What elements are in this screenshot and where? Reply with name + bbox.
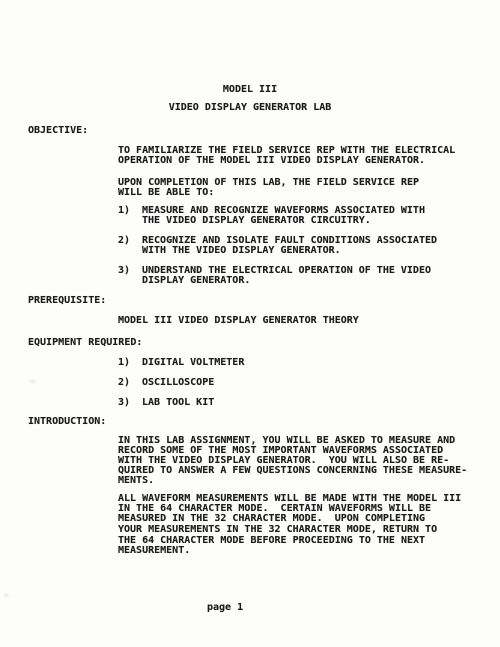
doc-title: MODEL III [0, 85, 500, 95]
goal-item-number: 3) [118, 266, 130, 276]
goal-item-line: DISPLAY GENERATOR. [142, 276, 250, 286]
prerequisite-text: MODEL III VIDEO DISPLAY GENERATOR THEORY [118, 316, 359, 326]
section-label-objective: OBJECTIVE: [28, 126, 88, 136]
document-page: MODEL III VIDEO DISPLAY GENERATOR LAB OB… [0, 0, 500, 647]
goal-item-number: 2) [118, 236, 130, 246]
goal-item-line: WITH THE VIDEO DISPLAY GENERATOR. [142, 246, 341, 256]
objective-paragraph-line: WILL BE ABLE TO: [118, 188, 214, 198]
equipment-item-text: DIGITAL VOLTMETER [142, 358, 244, 368]
introduction-paragraph-line: MEASURED IN THE 32 CHARACTER MODE. UPON … [118, 514, 425, 524]
scan-smudge [30, 380, 36, 383]
introduction-paragraph-line: MEASUREMENT. [118, 546, 190, 556]
equipment-item-number: 3) [118, 398, 130, 408]
objective-paragraph-line: OPERATION OF THE MODEL III VIDEO DISPLAY… [118, 156, 425, 166]
introduction-paragraph-line: MENTS. [118, 476, 154, 486]
equipment-item-number: 1) [118, 358, 130, 368]
equipment-item-text: OSCILLOSCOPE [142, 378, 214, 388]
doc-subtitle: VIDEO DISPLAY GENERATOR LAB [0, 103, 500, 113]
goal-item-line: THE VIDEO DISPLAY GENERATOR CIRCUITRY. [142, 216, 371, 226]
scan-smudge [4, 594, 9, 597]
section-label-equipment: EQUIPMENT REQUIRED: [28, 338, 142, 348]
equipment-item-number: 2) [118, 378, 130, 388]
section-label-introduction: INTRODUCTION: [28, 417, 106, 427]
section-label-prerequisite: PREREQUISITE: [28, 296, 106, 306]
introduction-paragraph-line: QUIRED TO ANSWER A FEW QUESTIONS CONCERN… [118, 466, 467, 476]
equipment-item-text: LAB TOOL KIT [142, 398, 214, 408]
page-footer: page 1 [207, 603, 243, 613]
introduction-paragraph-line: YOUR MEASUREMENTS IN THE 32 CHARACTER MO… [118, 525, 437, 535]
goal-item-number: 1) [118, 206, 130, 216]
